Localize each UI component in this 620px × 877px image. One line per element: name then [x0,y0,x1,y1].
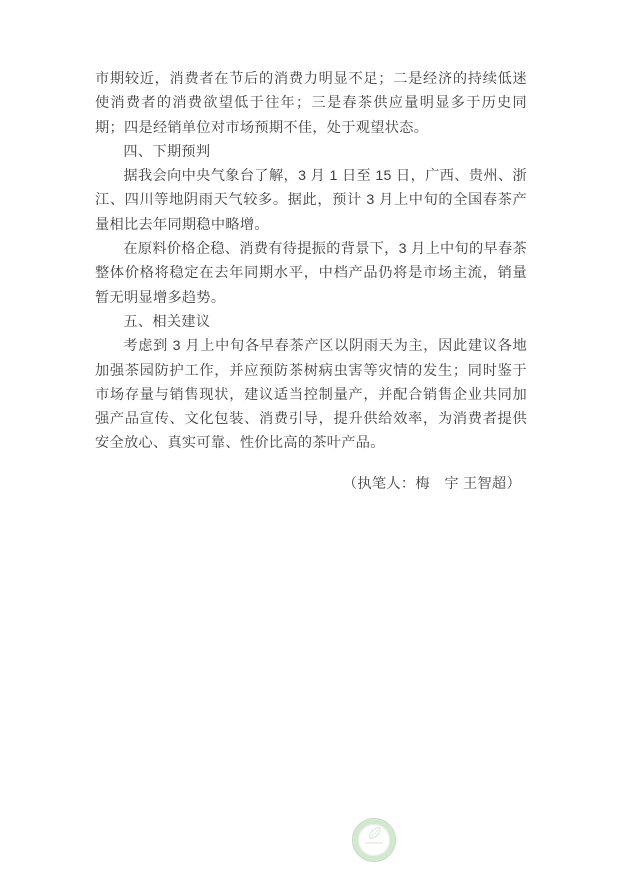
section-heading-5: 五、相关建议 [95,310,527,334]
paragraph-continuation: 市期较近，消费者在节后的消费力明显不足；二是经济的持续低迷使消费者的消费欲望低于… [95,67,527,140]
section-heading-4: 四、下期预判 [95,140,527,164]
author-signature: （执笔人：梅 宇 王智超） [95,472,521,496]
paragraph-forecast-price: 在原料价格企稳、消费有待提振的背景下，3 月上中旬的早春茶整体价格将稳定在去年同… [95,237,527,310]
paragraph-forecast-weather: 据我会向中央气象台了解，3 月 1 日至 15 日，广西、贵州、浙江、四川等地阴… [95,164,527,237]
tea-leaf-watermark-icon [350,816,398,864]
document-page: 市期较近，消费者在节后的消费力明显不足；二是经济的持续低迷使消费者的消费欲望低于… [0,0,620,877]
paragraph-suggestions: 考虑到 3 月上中旬各早春茶产区以阴雨天为主，因此建议各地加强茶园防护工作，并应… [95,334,527,455]
document-body: 市期较近，消费者在节后的消费力明显不足；二是经济的持续低迷使消费者的消费欲望低于… [95,67,527,496]
